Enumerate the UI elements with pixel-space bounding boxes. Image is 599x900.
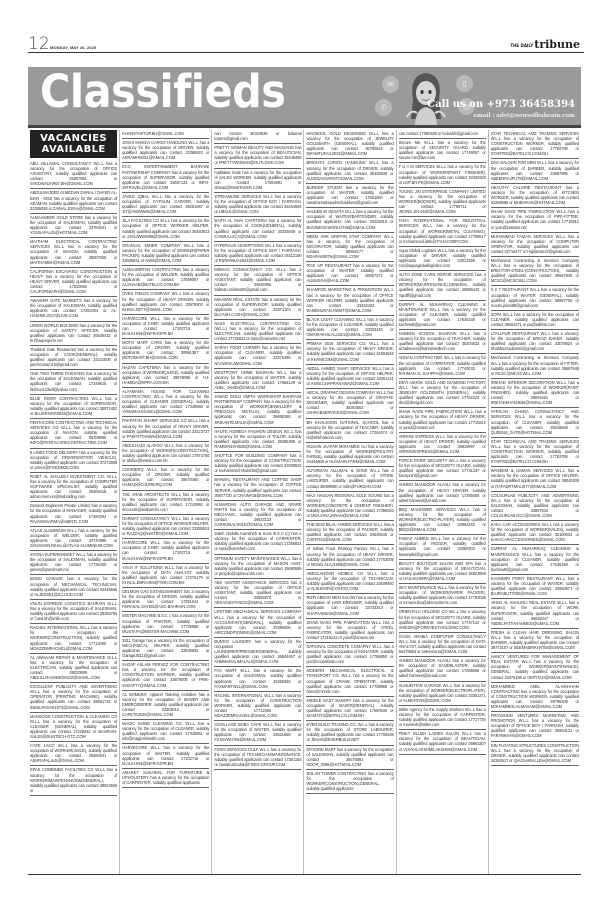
classified-ad: MOTO MART CARS has a vacancy for the occ…	[122, 339, 209, 363]
classified-ad: MIAAWIN REAL ESTATE has a vacancy for th…	[214, 296, 301, 320]
newspaper-logo: THE DAILYtribune	[510, 38, 580, 51]
classified-ad: FAWAZ AHMED W.L.L has a vacancy for the …	[399, 535, 486, 559]
classified-ad: Dynacel Engineers Private Limited has a …	[30, 502, 117, 526]
classified-ad: can contact 36333838 or bolarnal towers@…	[214, 130, 301, 144]
column-6: STAR TECHNICAL AND TRADING SERVICES W.L.…	[489, 130, 581, 874]
classified-ad: PINKY BLUSH LADIES SALON W.L.L has a vac…	[399, 730, 486, 754]
classified-ad: SADAF ASLAM PERVEZ FOR CONTRACTING has a…	[122, 661, 209, 690]
classified-ad: SYONA SUPERMARKET W.L.L has a vacancy fo…	[30, 551, 117, 575]
classified-ad: THE ARAB ARCHITECTS W.L.L has a vacancy …	[122, 491, 209, 515]
classified-ad: JOSHI SANGVI CARGO HANDLING W.L.L has a …	[122, 139, 209, 163]
classified-ad: MIDDLE EAST BAKERY has a vacancy for the…	[306, 697, 393, 721]
classified-ad: COURIERQ W.L.L has a vacancy for the occ…	[122, 466, 209, 490]
logo-text: tribune	[534, 38, 580, 51]
classified-ad: OASIS ARABIA COMPUTER CONSULTANCY W.L.L …	[399, 633, 486, 657]
classified-ad: Secure Me W.L.L has a vacancy for the oc…	[399, 139, 486, 163]
classified-ad: BURGER STUDIO has a vacancy for the occu…	[306, 184, 393, 208]
classified-ad: HARVECORE W.L.L has a vacancy for the oc…	[122, 744, 209, 768]
classified-ad: ADNAN CONTRACTING W.L.L has a vacancy fo…	[399, 354, 486, 378]
page-number: 12	[28, 36, 50, 52]
publication-date: MONDAY, MAY 26, 2025	[50, 45, 96, 50]
classified-ad: DELMON GAS ESTABLISHMENT has a vacancy f…	[122, 588, 209, 612]
column-3: can contact 36333838 or bolarnal towers@…	[212, 130, 304, 874]
classifieds-banner: Classifieds ✉ ✆ ▯ ◎ Call us on +973 3645…	[28, 67, 581, 128]
ad-list: STAR TECHNICAL AND TRADING SERVICES W.L.…	[491, 130, 579, 766]
classified-ad: MINHAS CONSULTANCY CO. W.L.L has a vacan…	[214, 266, 301, 295]
classified-ad: NASS ELECTRICAL CONTRACTING CO. (W.L.L) …	[214, 320, 301, 344]
classified-ad: NAZAN CAFETERIA has a vacancy for the oc…	[122, 364, 209, 388]
phone-icon: ✆	[375, 99, 392, 116]
column-1: VACANCIES AVAILABLE ABU HILLAMAL CONSULT…	[28, 130, 120, 874]
classified-ad: OVEN FIELDS COMPANY W.L.L has a vacancy …	[122, 290, 209, 314]
classified-columns: VACANCIES AVAILABLE ABU HILLAMAL CONSULT…	[28, 130, 581, 875]
classified-ad: Aqua Global Logistics W.L.L has a vacanc…	[399, 247, 486, 271]
classified-ad: MANSOON CONSTRUCTION & CLEANING CO W.L.L…	[30, 713, 117, 742]
classified-ad: Mechanical Contracting & Services Compan…	[491, 354, 579, 378]
classified-ad: BBQ MAHOWER SERVICES W.L.L has a vacancy…	[399, 506, 486, 535]
classified-ad: S K T RESTAURANT W.L.L has a vacancy for…	[491, 286, 579, 310]
classified-ad: Thailand Gate Restaurant has a vacancy f…	[30, 346, 117, 370]
classified-ad: MYSORE MART has a vacancy for the occupa…	[306, 746, 393, 770]
classified-ad: CAFE LACO W.L.L has a vacancy for the oc…	[30, 742, 117, 766]
classified-ad: EVER BUILD TRADING CO. W.L.L has a vacan…	[306, 721, 393, 745]
classified-ad: CEVILLAGE BOBA CAFE W.L.L has a vacancy …	[214, 721, 301, 745]
column-2: KHANSTARTUP.BH@GMAIL.COMJOSHI SANGVI CAR…	[120, 130, 212, 874]
classified-ad: LIFETIME MECHANICAL SERVICES COMPANY W.L…	[214, 608, 301, 637]
classified-ad: ALMARDAN AUTO GARAGE AND SPARE PARTS has…	[214, 501, 301, 530]
classified-ad: AWASHIR GATE MARKETS has a vacancy for t…	[30, 297, 117, 321]
classified-ad: ATLAS ALUMINIUM W.L.L has a vacancy for …	[30, 527, 117, 551]
masthead: 12 MONDAY, MAY 26, 2025 THE DAILYtribune	[28, 36, 584, 53]
classified-ad: HUSAIN JAAFAR MOHAMED ALI has a vacancy …	[306, 443, 393, 467]
classified-ad: BONO GARAGE has a vacancy for the occupa…	[30, 575, 117, 599]
classified-ad: DEVI ASHOK GOLD AND DIAMOND FACTORY W.L.…	[399, 379, 486, 408]
classified-ad: SHUTTLE FOR BUILDING COMPANY has a vacan…	[214, 452, 301, 476]
classified-ad: ECO ENTERTAINMENT BAHRAINI PARTNERSHIP C…	[122, 163, 209, 192]
classified-ad: HABEEN SCHOOL BAHRAIN W.L.L has a vacanc…	[399, 330, 486, 354]
classified-ad: OPTIMUM SAFETY MAINTENANCE W.L.L has a v…	[214, 555, 301, 579]
column-4: MAGBOOL GOLD DESIGNING W.L.L has a vacan…	[304, 130, 396, 874]
classified-ad: BAITH AL SHAI CAFETERIA has a vacancy fo…	[214, 217, 301, 241]
classified-ad: PRETTY WOMAN BEAUTY AND MASSAGE has a va…	[214, 144, 301, 168]
classified-ad: RABIT AL KHALEEJ INVESTMENT CO. W.L.L ha…	[30, 473, 117, 502]
classified-ad: PRIMAX 0016 SERVICES CO. W.L.L has a vac…	[306, 340, 393, 364]
classified-ad: TAHA INTERNATIONAL FOR INDUSTRIAL SERVIC…	[399, 217, 486, 246]
classified-ad: FIVES SERVICES GULF W.L.L has a vacancy …	[214, 746, 301, 770]
ad-list: ABU HILLAMAL CONSULTANCY W.L.L has a vac…	[30, 160, 117, 796]
classified-ad: DURRAT AL MUHARRAQ CLEANING & MAINTENANC…	[399, 301, 486, 330]
classified-ad: SHAMFOD MARKETING & PROMOTION W.L.L has …	[306, 286, 393, 315]
classified-ad: EXCELLENT PUBLICITY AND ADVERTISING W.L.…	[30, 683, 117, 712]
classified-ad: AMARET SUKAINAL FOR FURNITURE & UPHOLSTE…	[122, 769, 209, 788]
mobile-icon: ▯	[456, 75, 473, 92]
classified-ad: BEAUTY BOUTIQUE SALON AND SPA has a vaca…	[399, 560, 486, 584]
classified-ad: MODERN MECHANICAL ELECTRICAL & TRANSPORT…	[306, 667, 393, 696]
classified-ad: BOLAN TOWER CONTRACTING has a vacancy fo…	[306, 770, 393, 794]
classified-ad: HARVECORE W.L.L has a vacancy for the oc…	[122, 315, 209, 339]
cartoon-woman-illustration	[403, 69, 449, 127]
classified-ad: SHAW NASS PIPE FABRICATION W.L.L has a v…	[306, 619, 393, 643]
classified-ad: AL BOMBINY Apparel Tailoring Activities …	[122, 691, 209, 720]
classified-ad: PICK UP RESTAURANT has a vacancy for the…	[306, 262, 393, 286]
classified-ad: WASEEM & USMAN SERVICES W.L.L has a vaca…	[491, 467, 579, 491]
classified-ad: EPAS COMBINED FACILITIES CO W.L.L has a …	[30, 766, 117, 795]
classified-ad: JAVED IQBAL W.L.L has a vacancy for the …	[122, 193, 209, 217]
classified-ad: STREAMLINE SERVICES W.L.L has a vacancy …	[214, 193, 301, 217]
classified-ad: RIZFI ABDAN MEN SALON has a vacancy for …	[306, 594, 393, 618]
classified-ad: HEALTHY CALORIE RESTAURANT has a vacancy…	[491, 184, 579, 208]
classified-ad: HYPERAUS ADVERTISING W.L.L has a vacancy…	[214, 242, 301, 266]
classified-ad: mabtaker trade has a vacancy for the occ…	[214, 169, 301, 193]
classified-ad: AL AWHAAM REPAIR & MAINTENANCE W.L.L has…	[30, 654, 117, 683]
classified-ad: NARMAT CONSULTANCY W.L.L has a vacancy f…	[122, 515, 209, 539]
classified-ad: 5 LINES FOOD DELIVERY has a vacancy for …	[30, 449, 117, 473]
classified-ad: DURRAT AL MUHARRAQ CLEANING & MAINTENANC…	[491, 545, 579, 574]
classified-ad: RACHEL INTERNATIONAL W.L.L has a vacancy…	[30, 624, 117, 653]
vacancies-heading: VACANCIES AVAILABLE	[30, 130, 117, 158]
classified-ad: AHMED MANSOOR ALAALI has a vacancy for t…	[399, 657, 486, 681]
classified-ad: SOPA W.L.L has a vacancy for the occupat…	[491, 311, 579, 330]
classified-ad: AUTO ZONE CARS REPAIR SERVICES has a vac…	[399, 271, 486, 300]
classified-ad: MAGIC SHINE CLEANING CO. W.L.L has a vac…	[122, 720, 209, 744]
classified-ad: CALIFORNIA EXCAVATIO CONSTRUCTION & HEAV…	[30, 268, 117, 297]
classified-ad: ABU HILLAMAL CONSULTANCY W.L.L has a vac…	[30, 160, 117, 189]
classified-ad: BLUE RIVER CONTRACTING W.L.L has a vacan…	[30, 395, 117, 419]
classified-ad: ABCAL GRAPHIC DESIGN COMPANY W.L.L has a…	[306, 389, 393, 418]
classified-ad: YOUNG JIN ENTERPRISE COMPANY LIMITED has…	[399, 188, 486, 217]
envelope-icon: ✉	[382, 76, 399, 93]
classified-ad: ABX VISITOR ASSISTANCE SERVICES has a va…	[214, 579, 301, 608]
ad-list: can contact 36333838 or bolarnal towers@…	[214, 130, 301, 770]
classified-ad: ALYAMAMA HOUSE FOR CLEANING CONTRACTING …	[122, 388, 209, 417]
classified-ad: RACHEL INTERNATIONAL W.L.L has a vacancy…	[214, 692, 301, 721]
classified-ad: DIN FLOATING STRUCTURES CONSTRUCTION W.L…	[491, 742, 579, 766]
classified-ad: KASHMIRI POINT RESTAURANT W.L.L has a va…	[491, 575, 579, 599]
classified-ad: can contact 17080480 or bolankh@gmail.co…	[399, 130, 486, 139]
classified-ad: ORIENTALS HOLDING CO W.L.L has a vacancy…	[399, 608, 486, 632]
classified-ad: Mechanical Contracting & Services Compan…	[491, 257, 579, 286]
classified-ad: SHAW NASS PIPE FABRICATION W.L.L has a v…	[491, 208, 579, 232]
classified-ad: ONE TWO THREE FASHIONS has a vacancy for…	[30, 370, 117, 394]
classified-ad: Stiller Agency for the Supply Workers W.…	[399, 706, 486, 730]
classified-ad: JIHAD AL KHALEEJ REAL ESTATE W.L.L has a…	[491, 599, 579, 628]
classified-ad: ABDULHADI ALAFOO W.L.L has a vacancy for…	[122, 442, 209, 466]
classified-ad: MAJI HASSAN REGIONAL SOLE SOUND has a va…	[306, 492, 393, 521]
classified-ad: DHA SALOON FOR MEN W.L.L has a vacancy f…	[491, 159, 579, 183]
classified-ad: LYALLPUR RESTAURANT W.L.L has a vacancy …	[491, 330, 579, 354]
classified-ad: BRIGHTO CARGO HANDLING W.L.L has a vacan…	[306, 159, 393, 183]
classified-ad: VNLIN EXPRESS LOGISTICS BAHRAIN W.L.L ha…	[30, 600, 117, 624]
classified-ad: HARVECORE W.L.L has a vacancy for the oc…	[122, 539, 209, 563]
classified-ad: STAR TECHNICAL AND TRADING SERVICES W.L.…	[491, 130, 579, 159]
classified-ad: SHAW NASS PIPE FABRICATION W.L.L has a v…	[399, 408, 486, 432]
classified-ad: PROVISION VENTURES MARKETING AND PROMOTI…	[491, 712, 579, 741]
classified-ad: AFRICAN GHANA CONSULTANCY AND SERVICES W…	[491, 408, 579, 437]
classified-ad: UNION WORLD BUILDING has a vacancy for t…	[30, 322, 117, 346]
classified-ad: HAUTE HOMEGA FASHION DESIGN W.L.L has a …	[214, 428, 301, 452]
classified-ad: FORCE POINT SECURITY W.L.L has a vacancy…	[399, 457, 486, 481]
classified-ad: KAKA CAR ACCESSORIES W.L.L has a vacancy…	[491, 521, 579, 545]
classified-ad: FRESH & CLEAN HAIR DRESSING SALON W.L.L …	[491, 629, 579, 653]
classified-ad: SARAH FOOD CORNER has a vacancy for the …	[214, 344, 301, 368]
classified-ad: KHANSTARTUP.BH@GMAIL.COM	[122, 130, 209, 139]
classified-ad: MAITHAM ELECTRICAL CONTRACTING SERVICES …	[30, 238, 117, 267]
classified-ad: ALMAAMEER GOLD STORE has a vacancy for t…	[30, 214, 117, 238]
classified-ad: ABDULMAJEED ALMEDAN ZAINAL / DAFER AL-BI…	[30, 189, 117, 213]
classified-ad: PENTACORE CONTRACTING AND TECHNICAL SERV…	[30, 419, 117, 448]
ad-list: KHANSTARTUP.BH@GMAIL.COMJOSHI SANGVI CAR…	[122, 130, 209, 788]
section-title: Classifieds	[40, 67, 285, 118]
classified-ad: MUHAMMAD FAIZAN SERVICES W.L.L has a vac…	[491, 233, 579, 257]
classified-ad: AHMED MANSOOR ALAALI has a vacancy for t…	[399, 481, 486, 505]
classified-ad: Y.M.H IT SOLUTIONS W.L.L has a vacancy f…	[122, 564, 209, 588]
classified-ad: ABDUL AHMED SHAFI SERVICES W.L.L has a v…	[306, 365, 393, 389]
column-5: can contact 17080480 or bolankh@gmail.co…	[397, 130, 489, 874]
classified-ad: ALFURDAN ALLUMAL & SONS W.L.L has a vaca…	[306, 467, 393, 491]
classified-ad: MAGBOOL GOLD DESIGNING W.L.L has a vacan…	[306, 130, 393, 159]
classified-ad: MOHAMMED ADEL AL-MAHHAM CONTRACTING has …	[491, 683, 579, 712]
ad-list: can contact 17080480 or bolankh@gmail.co…	[399, 130, 486, 755]
classified-ad: ABDULAHOOR MOBILE CO W.L.L has a vacancy…	[306, 570, 393, 594]
classified-ad: STAR TECHNICAL AND TRADING SERVICES W.L.…	[491, 438, 579, 467]
classified-ad: 2811 Garage has a vacancy for the occupa…	[122, 637, 209, 661]
classified-ad: HALEEB W GESHTA W.L.L has a vacancy for …	[306, 208, 393, 232]
classified-ad: MEEM ARK GRIFFIN STAR COMPANY W.L.L has …	[306, 233, 393, 262]
classified-ad: BH KHALSOON NATIONAL SCHOOL has a vacanc…	[306, 419, 393, 443]
classified-ad: SKY MAINTENANCE W.L.L has a vacancy for …	[399, 584, 486, 608]
classified-ad: NATIONAL CONCRETE COMAPNY W.L.L has a va…	[306, 643, 393, 667]
classified-ad: BHAWAL RESTAURANT AND COFFEE SHOP has a …	[214, 476, 301, 500]
ad-list: MAGBOOL GOLD DESIGNING W.L.L has a vacan…	[306, 130, 393, 794]
classified-ad: JILA FACILITIES CO W.L.L has a vacancy f…	[122, 217, 209, 241]
classified-ad: ALMAAMIRTAN CONTRACTING has a vacancy fo…	[122, 266, 209, 290]
contact-phone: Call us on +973 36458394	[427, 99, 575, 110]
classified-ad: ARROW EXPRESS W.L.L has a vacancy for th…	[399, 433, 486, 457]
classified-ad: Al Safwa Food Packing Factory W.L.L has …	[306, 545, 393, 569]
classified-ad: PAKPATAN SHARIF SERVICES CO W.L.L has a …	[122, 417, 209, 441]
classified-ad: HANCY VENTURES FOR MANAGEMENT OF REAL ES…	[491, 653, 579, 682]
classified-ad: Saleh Abdulla Kamsheh & Sons B.S.C (c) h…	[214, 530, 301, 554]
logo-prefix: THE DAILY	[510, 43, 533, 48]
classified-ad: BUNGO LAUNDRY has a vacancy for the occu…	[214, 638, 301, 667]
heading-line-1: VACANCIES	[30, 133, 117, 144]
classified-ad: WESTPOINT HOME BAHRAIN W.L.L has a vacan…	[214, 369, 301, 393]
heading-line-2: AVAILABLE	[30, 144, 117, 155]
classified-ad: FAX MART W.L.L has a vacancy for the occ…	[214, 667, 301, 691]
classified-ad: ALMUKHTAR GARAGE W.L.L has a vacancy for…	[399, 682, 486, 706]
classified-ad: GRADUAL MINER COMPANY W.L.L has a vacanc…	[122, 242, 209, 266]
classified-ad: COLOURLAB PUBLICITY AND ADVERTISING W.L.…	[491, 492, 579, 521]
contact-email: email : advt@newsofbahrain.com	[473, 113, 575, 119]
classified-ad: JAWAD GOLD SMITH WORKSHOP BAHRAINI PARTN…	[214, 393, 301, 428]
classified-ad: BLACK LIGHT CLEANING W.L.L has a vacancy…	[306, 316, 393, 340]
classified-ad: THE NEW BILAL AHMED SERVICES W.L.L has a…	[306, 521, 393, 545]
classified-ad: F U A M SERVICES W.L.L has a vacancy for…	[399, 163, 486, 187]
classified-ad: IRSHAD INTERIOR DECORATION W.L.L has a v…	[491, 379, 579, 408]
classified-ad: MISTER MACHINE B.S.C c has a vacancy for…	[122, 612, 209, 636]
